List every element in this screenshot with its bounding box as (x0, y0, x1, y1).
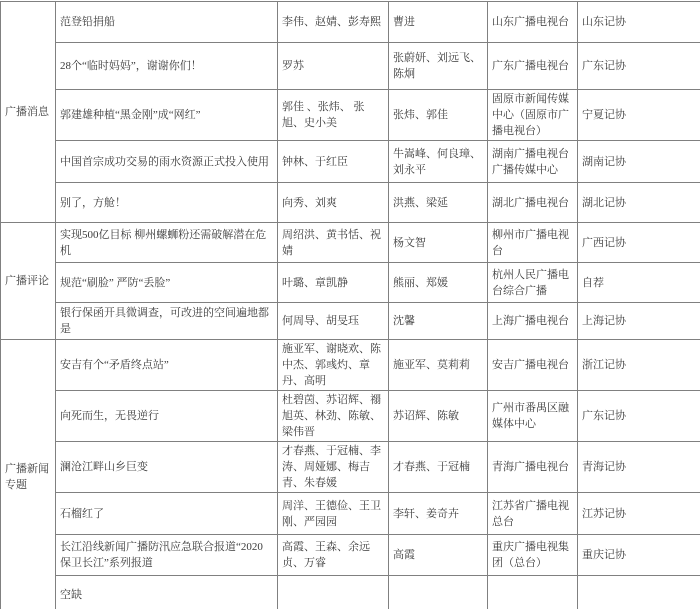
org-cell: 广东广播电视台 (488, 43, 578, 90)
title-cell: 别了，方舱！ (56, 183, 278, 223)
editors-cell: 苏诏辉、陈敏 (389, 391, 488, 442)
authors-cell: 杜碧茵、苏诏辉、禤旭英、林劲、陈敏、梁伟晋 (278, 391, 389, 442)
table-row: 中国首宗成功交易的雨水资源正式投入使用 钟林、于红臣 牛嵩峰、何良璋、刘永平 湖… (1, 141, 700, 183)
table-row: 规范“刷脸” 严防“丢脸” 叶璐、章凯静 熊丽、郑媛 杭州人民广播电台综合广播 … (1, 263, 700, 303)
org-cell: 山东广播电视台 (488, 2, 578, 43)
authors-cell: 何周导、胡旻珏 (278, 303, 389, 340)
title-cell: 向死而生，无畏逆行 (56, 391, 278, 442)
org-cell: 江苏省广播电视总台 (488, 493, 578, 535)
awards-table: 广播消息 范登铅捐船 李伟、赵婧、彭寿熙 曹进 山东广播电视台 山东记协 28个… (0, 1, 700, 609)
table-row: 别了，方舱！ 向秀、刘爽 洪燕、梁延 湖北广播电视台 湖北记协 (1, 183, 700, 223)
authors-cell: 李伟、赵婧、彭寿熙 (278, 2, 389, 43)
table-row: 广播新闻专题 安吉有个“矛盾终点站” 施亚军、谢晓欢、陈中杰、郭彧灼、章丹、高明… (1, 340, 700, 391)
recommender-cell: 上海记协 (578, 303, 700, 340)
org-cell: 柳州市广播电视台 (488, 223, 578, 263)
authors-cell: 叶璐、章凯静 (278, 263, 389, 303)
recommender-cell: 宁夏记协 (578, 90, 700, 141)
table-row: 空缺 (1, 576, 700, 609)
title-cell: 安吉有个“矛盾终点站” (56, 340, 278, 391)
title-cell: 范登铅捐船 (56, 2, 278, 43)
table-row: 银行保函开具微调查，可改进的空间遍地都是 何周导、胡旻珏 沈馨 上海广播电视台 … (1, 303, 700, 340)
recommender-cell: 青海记协 (578, 442, 700, 493)
table-row: 广播消息 范登铅捐船 李伟、赵婧、彭寿熙 曹进 山东广播电视台 山东记协 (1, 2, 700, 43)
authors-cell: 施亚军、谢晓欢、陈中杰、郭彧灼、章丹、高明 (278, 340, 389, 391)
title-cell: 澜沧江畔山乡巨变 (56, 442, 278, 493)
recommender-cell: 重庆记协 (578, 535, 700, 576)
recommender-cell (578, 576, 700, 609)
authors-cell: 郭佳 、张炜、 张旭、史小美 (278, 90, 389, 141)
category-cell: 广播评论 (1, 223, 56, 340)
title-cell: 长江沿线新闻广播防汛应急联合报道“2020保卫长江”系列报道 (56, 535, 278, 576)
table-row: 长江沿线新闻广播防汛应急联合报道“2020保卫长江”系列报道 高霞、王森、余远贞… (1, 535, 700, 576)
category-cell: 广播消息 (1, 2, 56, 223)
recommender-cell: 浙江记协 (578, 340, 700, 391)
editors-cell: 才春燕、于冠楠 (389, 442, 488, 493)
authors-cell: 周洋、王德俭、王卫刚、严园园 (278, 493, 389, 535)
recommender-cell: 自荐 (578, 263, 700, 303)
org-cell: 广州市番禺区融媒体中心 (488, 391, 578, 442)
recommender-cell: 江苏记协 (578, 493, 700, 535)
recommender-cell: 湖北记协 (578, 183, 700, 223)
title-cell: 28个“临时妈妈”，谢谢你们！ (56, 43, 278, 90)
table-row: 28个“临时妈妈”，谢谢你们！ 罗苏 张蔚妍、刘远飞、陈炯 广东广播电视台 广东… (1, 43, 700, 90)
editors-cell: 施亚军、莫莉莉 (389, 340, 488, 391)
category-cell: 广播新闻专题 (1, 340, 56, 609)
editors-cell: 杨文智 (389, 223, 488, 263)
authors-cell: 向秀、刘爽 (278, 183, 389, 223)
authors-cell: 才春燕、于冠楠、李涛、周娅娜、梅吉青、朱春媛 (278, 442, 389, 493)
recommender-cell: 山东记协 (578, 2, 700, 43)
editors-cell: 李轩、姜奇卉 (389, 493, 488, 535)
editors-cell: 张炜、郭佳 (389, 90, 488, 141)
editors-cell: 熊丽、郑媛 (389, 263, 488, 303)
authors-cell (278, 576, 389, 609)
title-cell: 石榴红了 (56, 493, 278, 535)
authors-cell: 钟林、于红臣 (278, 141, 389, 183)
title-cell: 空缺 (56, 576, 278, 609)
table-row: 澜沧江畔山乡巨变 才春燕、于冠楠、李涛、周娅娜、梅吉青、朱春媛 才春燕、于冠楠 … (1, 442, 700, 493)
recommender-cell: 广西记协 (578, 223, 700, 263)
editors-cell: 高霞 (389, 535, 488, 576)
authors-cell: 高霞、王森、余远贞、万睿 (278, 535, 389, 576)
table-row: 石榴红了 周洋、王德俭、王卫刚、严园园 李轩、姜奇卉 江苏省广播电视总台 江苏记… (1, 493, 700, 535)
title-cell: 银行保函开具微调查，可改进的空间遍地都是 (56, 303, 278, 340)
title-cell: 实现500亿目标 柳州螺蛳粉还需破解潜在危机 (56, 223, 278, 263)
table-row: 向死而生，无畏逆行 杜碧茵、苏诏辉、禤旭英、林劲、陈敏、梁伟晋 苏诏辉、陈敏 广… (1, 391, 700, 442)
editors-cell (389, 576, 488, 609)
title-cell: 规范“刷脸” 严防“丢脸” (56, 263, 278, 303)
org-cell: 上海广播电视台 (488, 303, 578, 340)
org-cell: 湖南广播电视台广播传媒中心 (488, 141, 578, 183)
authors-cell: 周绍洪、黄书恬、祝婧 (278, 223, 389, 263)
editors-cell: 牛嵩峰、何良璋、刘永平 (389, 141, 488, 183)
table-row: 郭建雄种植“黑金刚”成“网红” 郭佳 、张炜、 张旭、史小美 张炜、郭佳 固原市… (1, 90, 700, 141)
title-cell: 郭建雄种植“黑金刚”成“网红” (56, 90, 278, 141)
editors-cell: 张蔚妍、刘远飞、陈炯 (389, 43, 488, 90)
recommender-cell: 广东记协 (578, 43, 700, 90)
editors-cell: 曹进 (389, 2, 488, 43)
org-cell: 杭州人民广播电台综合广播 (488, 263, 578, 303)
org-cell: 青海广播电视台 (488, 442, 578, 493)
editors-cell: 沈馨 (389, 303, 488, 340)
editors-cell: 洪燕、梁延 (389, 183, 488, 223)
org-cell: 湖北广播电视台 (488, 183, 578, 223)
recommender-cell: 湖南记协 (578, 141, 700, 183)
table-row: 广播评论 实现500亿目标 柳州螺蛳粉还需破解潜在危机 周绍洪、黄书恬、祝婧 杨… (1, 223, 700, 263)
title-cell: 中国首宗成功交易的雨水资源正式投入使用 (56, 141, 278, 183)
org-cell: 重庆广播电视集团（总台） (488, 535, 578, 576)
org-cell: 安吉广播电视台 (488, 340, 578, 391)
org-cell (488, 576, 578, 609)
org-cell: 固原市新闻传媒中心（固原市广播电视台） (488, 90, 578, 141)
authors-cell: 罗苏 (278, 43, 389, 90)
recommender-cell: 广东记协 (578, 391, 700, 442)
